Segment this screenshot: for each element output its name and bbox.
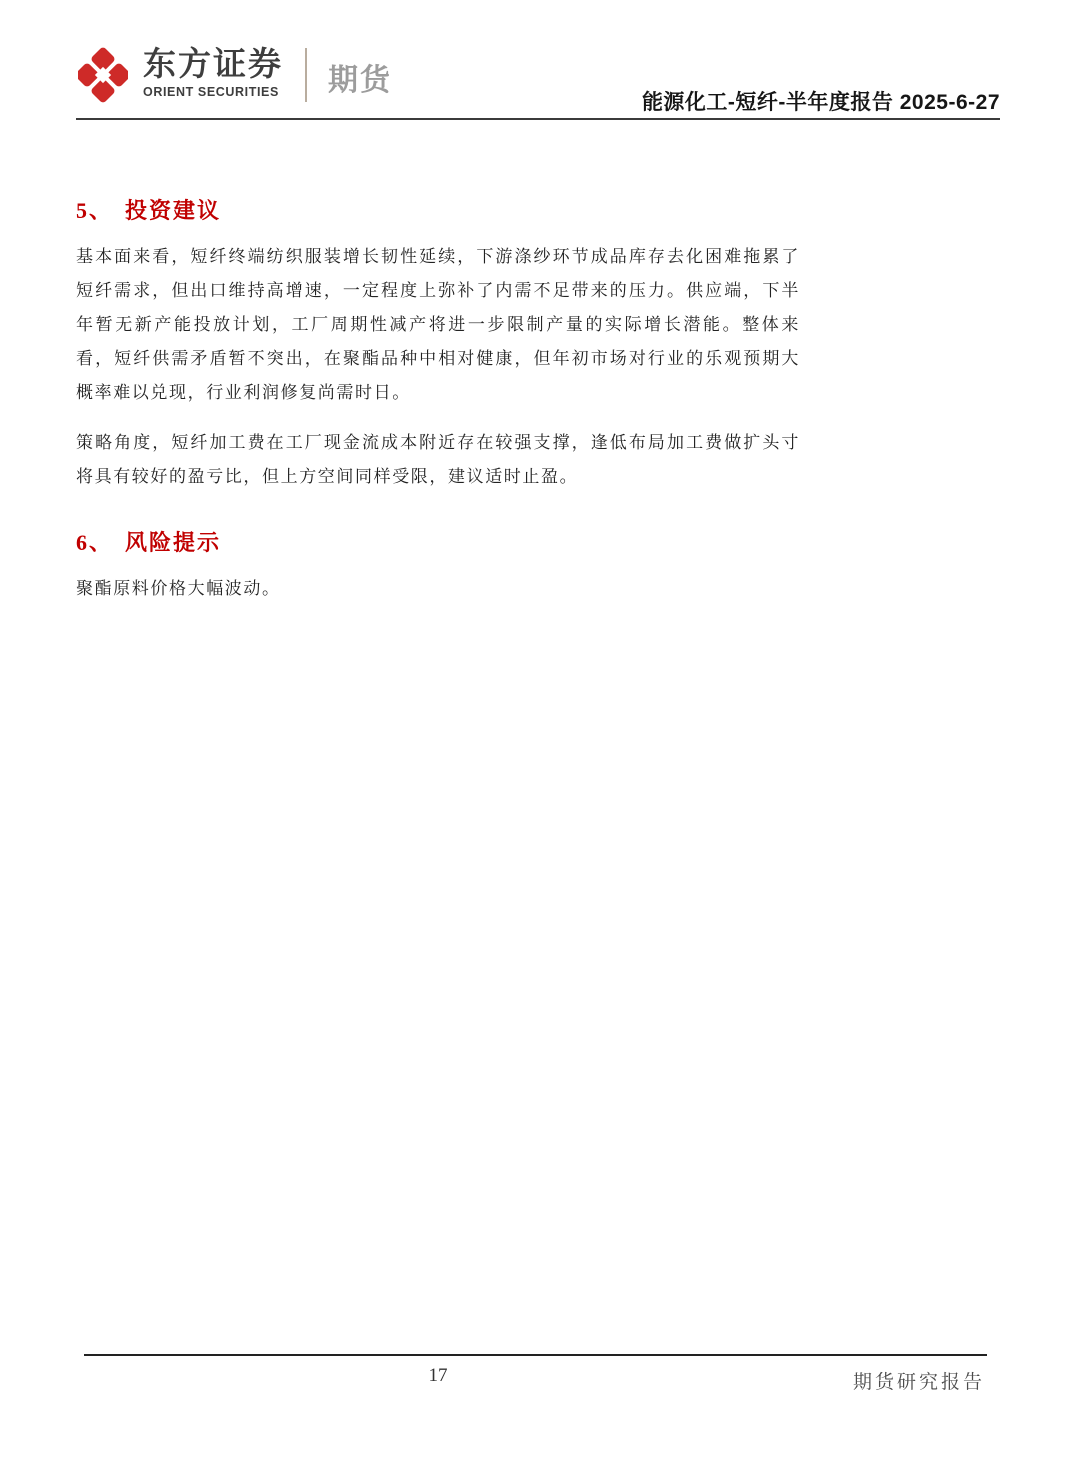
section-5-heading: 5、投资建议 xyxy=(76,198,800,224)
investment-advice-paragraph-1: 基本面来看，短纤终端纺织服装增长韧性延续，下游涤纱环节成品库存去化困难拖累了短纤… xyxy=(76,240,800,410)
section-6-number: 6、 xyxy=(76,530,113,555)
brand-text: 东方证券 ORIENT SECURITIES xyxy=(143,45,283,99)
footer-rule xyxy=(84,1354,987,1356)
orient-securities-logo-icon xyxy=(78,47,128,103)
report-body: 5、投资建议 基本面来看，短纤终端纺织服装增长韧性延续，下游涤纱环节成品库存去化… xyxy=(76,120,800,606)
report-title: 能源化工-短纤-半年度报告 2025-6-27 xyxy=(642,86,1000,116)
section-6-title: 风险提示 xyxy=(125,530,221,555)
section-5-title: 投资建议 xyxy=(125,198,221,223)
section-5-number: 5、 xyxy=(76,198,113,223)
page-header-brand: 东方证券 ORIENT SECURITIES 期货 xyxy=(78,45,392,103)
risk-warning-paragraph: 聚酯原料价格大幅波动。 xyxy=(76,572,800,606)
brand-divider xyxy=(305,48,307,102)
brand-name-en: ORIENT SECURITIES xyxy=(143,85,283,99)
brand-name-cn: 东方证券 xyxy=(143,45,283,83)
investment-advice-paragraph-2: 策略角度，短纤加工费在工厂现金流成本附近存在较强支撑，逢低布局加工费做扩头寸将具… xyxy=(76,426,800,494)
footer-report-type-label: 期货研究报告 xyxy=(853,1367,985,1394)
page-number: 17 xyxy=(76,1365,800,1387)
section-6-heading: 6、风险提示 xyxy=(76,530,800,556)
report-page: 东方证券 ORIENT SECURITIES 期货 能源化工-短纤-半年度报告 … xyxy=(0,0,1080,1466)
brand-unit-label: 期货 xyxy=(328,55,392,99)
